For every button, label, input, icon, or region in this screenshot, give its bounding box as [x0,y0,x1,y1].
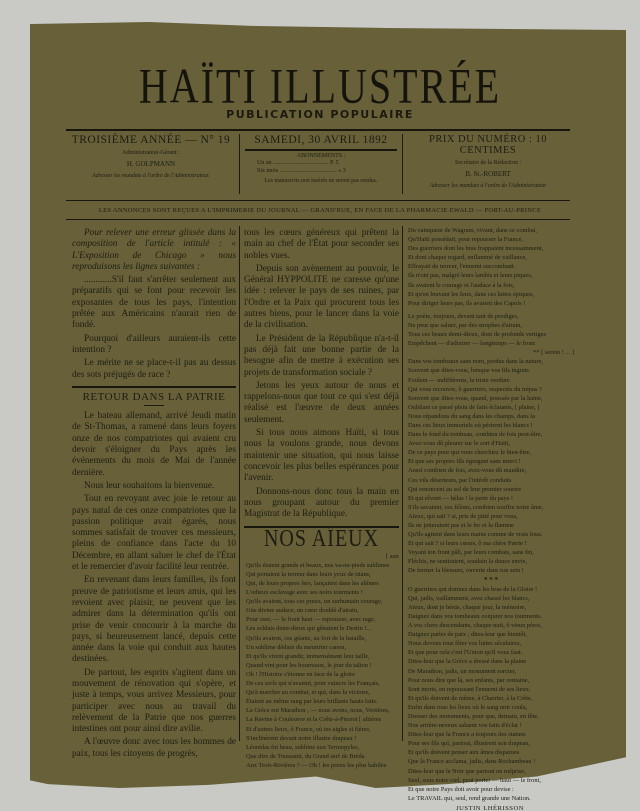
poem-line: * * * [406,576,574,585]
article-paragraph: Nous leur souhaitons la bienvenue. [72,481,236,492]
poem-line: Empêchent — d'admirer — longtemps — le f… [406,339,574,348]
poem-line: Fléchis, ne sentiraient, soudain la douc… [406,557,574,566]
poem-line: Qu'ils avaient, tous ces preux, un surhu… [244,597,399,606]
poem-line: Oh ! l'Histoire s'étonne en face de la g… [244,670,399,679]
poem-line: [ aux [244,552,399,561]
poem-line: Et qu'ils virent grandir, immensément le… [244,652,399,661]
secretary-name: B. St.-ROBERT [404,170,572,178]
poem-line: Et dont chaque regard, enflammé de vaill… [406,253,574,262]
poem-line: Le poète, toujours, devant tant de prodi… [406,312,574,321]
manager-note: Adresser les mandats à l'ordre de l'Admi… [62,173,240,179]
erratum-paragraph: Le mérite ne se place-t-il pas au dessus… [72,358,236,381]
newspaper-title: HAÏTI ILLUSTRÉE [0,56,640,115]
poem-line: Nos arrière-neveux saluent vos faits d'é… [406,721,574,730]
poem-line: Nous répandons du sang dans les champs, … [406,412,574,421]
subscription-rates: Un an ..................................… [241,159,401,175]
poem-title: NOS AÏEUX [244,533,399,547]
poem-line: Qu'à marcher au combat, et qui, dans la … [244,688,399,697]
header-left: TROISIÈME ANNÉE — N° 19 Administrateur-G… [62,134,240,194]
poem-line: Quand vint pour les bourreaux, le jour d… [244,661,399,670]
poem-line: Que la France acclama, jadis, dans Rocha… [406,757,574,766]
poem-line: Ne peut que saluer, par des strophes d'a… [406,321,574,330]
poem-line: Qu'Haïti possédait, pour repousser la Fr… [406,235,574,244]
poem-line: Léonidas fut beau, sublime aux Termopyle… [244,743,399,752]
poem-line: Dans vos tombeaux sans nom, perdus dans … [406,357,574,366]
poem-line: O guerriers qui dormez dans les bras de … [406,585,574,594]
header-rule [66,200,570,201]
poem-line: Daignez dans vos tombeaux conjurer nos t… [406,612,574,621]
advertising-notice: LES ANNONCES SONT REÇUES A L'IMPRIMERIE … [70,207,570,214]
article-paragraph: Le Président de la République n'a-t-il p… [244,334,399,379]
article-paragraph: Depuis son avènement au pouvoir, le Géné… [244,264,399,332]
poem-line: Ces vils déserteurs, par l'intérêt condu… [406,476,574,485]
header-divider [239,134,240,194]
column-2: tous les cœurs généreux qui prêtent la m… [244,228,399,770]
header-center: SAMEDI, 30 AVRIL 1892 ABONNEMENTS : Un a… [241,134,401,194]
poem-line: De fermer la blessure, ouverte dans ton … [406,566,574,575]
poem-line: Et qu'en bravant les feux, dans ces lutt… [406,290,574,299]
poem-line: La Ravine à Couleuvre et la Crête-à-Pier… [244,715,399,724]
poem-line: Étaient au même rang par leurs brillants… [244,697,399,706]
masthead-rule [66,129,570,131]
poem-line: Dites-leur que la Grèce a dressé dans la… [406,657,574,666]
poem-line: Seul, sous notre ciel, peut porter — hau… [406,776,574,785]
poem-line: Aïeux, dont je bénis, chaque jour, la mé… [406,603,574,612]
poem-line: Dans le fond du tombeau, combien de fois… [406,430,574,439]
header-divider [402,134,403,194]
column-divider [402,226,403,741]
poem-line: Qui portaient la terreur dans leurs yeux… [244,570,399,579]
poem-line: Qui renoncent au sol de leur premier sou… [406,485,574,494]
poem-line: ** [ serein ! ... ] [406,348,574,357]
article-title: RETOUR DANS LA PATRIE [72,392,236,403]
poem-line: Souvent que dites-vous, quand, poussés p… [406,394,574,403]
poem-line: Pour diriger leurs pas, ils avaient des … [406,299,574,308]
rate-row: Un an ..................................… [257,159,401,167]
poem-line: Que dire de Toussaint, du Grand serf de … [244,752,399,761]
poem-line: Souvent que dites-vous, lorsque vos fils… [406,366,574,375]
manager-role: Administrateur-Gérant : [62,150,240,156]
poem-line: Dites-leur que le Noir que partout on mé… [406,767,574,776]
erratum-paragraph: ............S'il faut s'arrêter seulemen… [72,275,236,331]
poem-line: Avez-vous dû pleurer sur le sort d'Haïti… [406,439,574,448]
poem-line: Et qui rêvent — hélas ! la perte du pays… [406,494,574,503]
poem-line: Nous devons tous fêter vos luttes sécula… [406,639,574,648]
poem-line: Tous ces beaux demi-dieux, dont de profo… [406,330,574,339]
column-1: Pour relever une erreur glissée dans la … [72,228,236,762]
poem-line: De ces serfs qui n'avaient, pour vaincre… [244,679,399,688]
poem-signature: JUSTIN LHÉRISSON [406,803,574,811]
poem-line: Et qu'ils doivent penser aux âmes dispar… [406,748,574,757]
poem-line: Ils ne jetteraient pas et le fer et la f… [406,521,574,530]
header-right: PRIX DU NUMÉRO : 10 CENTIMES Secrétaire … [404,134,572,194]
poem-line: Dites-leur que la France a toujours des … [406,730,574,739]
poem-line: Des guerriers dont les bras frappaient i… [406,244,574,253]
article-paragraph: Donnons-nous donc tous la main en nous g… [244,487,399,521]
erratum-intro: Pour relever une erreur glissée dans la … [72,228,236,273]
poem-line: Le TRAVAIL qui, seul, rend grande une Na… [406,794,574,803]
poem-line: S'inclinèrent devant notre illustre drap… [244,734,399,743]
poem-line: Dans ces lieux immortels où périrent les… [406,421,574,430]
poem-line: Daignez parler de paix ; dites-leur que … [406,630,574,639]
poem-line: L'odieux esclavage avec ses noirs tourme… [244,588,399,597]
poem-line: De ce pays pour qui vous cherchiez le bi… [406,448,574,457]
poem-line: S'ils savaient, ces félons, combien souf… [406,503,574,512]
article-paragraph: En revenant dans leurs familles, ils fon… [72,575,236,665]
poem-line: Et que pour cela c'est l'Union qu'il vou… [406,648,574,657]
poem-line: La Grèce eut Marathon ; — nous avons, no… [244,706,399,715]
poem-line: Ils n'ont pas, malgré leurs lambis et le… [406,271,574,280]
poem-part-1: [ auxQu'ils étaient grands et beaux, nos… [244,552,399,770]
erratum-paragraph: Pourquoi d'ailleurs auraient-ils cette i… [72,334,236,357]
manager-name: H. GOLPMANN [62,160,240,168]
date-rule [245,149,397,151]
poem-line: Aïeux, qui sait ? si, pris de pitié pour… [406,512,574,521]
poem-line: Sont morts, en repoussant l'ennemi de se… [406,685,574,694]
article-paragraph: Jetons les yeux autour de nous et rappel… [244,381,399,426]
article-paragraph: De partout, les esprits s'agitent dans u… [72,668,236,736]
poem-line: Et qu'ils doivent de même, à Charrier, à… [406,694,574,703]
poem-line: Qu'ils agitent dans leurs mains comme de… [406,530,574,539]
poem-line: Voyant ton front pâli, par leurs combats… [406,548,574,557]
issue-price: PRIX DU NUMÉRO : 10 CENTIMES [404,134,572,156]
poem-line: Ils avaient le courage et l'audace à la … [406,281,574,290]
poem-line: Et d'autres lieux, ô France, où tes aigl… [244,725,399,734]
poem-part-2: Du vainqueur de Wagram, vivant, dans ce … [406,226,574,803]
article-paragraph: Le bateau allemand, arrivé Jeudi matin d… [72,411,236,479]
column-divider [239,226,240,741]
edition-label: TROISIÈME ANNÉE — N° 19 [62,134,240,146]
article-paragraph: tous les cœurs généreux qui prêtent la m… [244,228,399,262]
manuscripts-note: Les manuscrits non insérés ne seront pas… [241,178,401,184]
poem-line: Enfin dans tous les lieux où le sang noi… [406,703,574,712]
poem-line: Du vainqueur de Wagram, vivant, dans ce … [406,226,574,235]
header-rule-bottom [66,219,570,220]
poem-line: Qui, jadis, vaillamment, avez chassé les… [406,594,574,603]
secretary-role: Secrétaire de la Rédaction : [404,160,572,166]
poem-line: Effrayait de terreur, l'ennemi succomban… [406,262,574,271]
poem-line: Qu'ils étaient grands et beaux, nos va-n… [244,561,399,570]
section-rule [72,386,236,388]
poem-line: Aussi combien de fois, avez-vous dû maud… [406,466,574,475]
poem-line: Une divine audace, un cœur doublé d'aira… [244,606,399,615]
newspaper-subtitle: PUBLICATION POPULAIRE [0,108,640,121]
column-3: Du vainqueur de Wagram, vivant, dans ce … [406,226,574,811]
poem-line: Un sublime dédain du meurtrier canon, [244,643,399,652]
poem-line: Dresser des monuments, pour que, demain,… [406,712,574,721]
article-paragraph: A l'œuvre donc avec tous les hommes de p… [72,737,236,760]
poem-line: Et que notre Pays doit avoir pour devise… [406,785,574,794]
poem-line: Pour nous dire que là, ses enfants, par … [406,676,574,685]
poem-line: Et que ses propres fils égorgent sans me… [406,457,574,466]
poem-line: Qu'ils avaient, ces géants, au fort de l… [244,634,399,643]
poem-line: Pour oser, — le front haut — repousser, … [244,615,399,624]
rate-row: Six mois ...............................… [257,167,401,175]
article-paragraph: Tout en revoyant avec joie le retour au … [72,494,236,573]
poem-line: Oubliant ce passé plein de faits éclatan… [406,403,574,412]
poem-line: Foulent — indifférents, la triste verdur… [406,376,574,385]
poem-line: Qui vous recouvre, ô guerriers, respecté… [406,385,574,394]
poem-line: Et qui sait ? si leurs cœurs, ô ma chère… [406,539,574,548]
poem-line: Les soldats demi-dieux qui gênaient le D… [244,624,399,633]
poem-line: A vos chers descendants, chaque nuit, ô … [406,621,574,630]
secretary-note: Adresser les mandats à l'ordre de l'Admi… [404,183,572,189]
poem-line: De Marathon, jadis, un monument sorcier, [406,667,574,676]
issue-date: SAMEDI, 30 AVRIL 1892 [241,134,401,146]
poem-line: Pour ses fils qui, partout, illustrent s… [406,739,574,748]
poem-line: Aux Trois-Rivières ? — Oh ! les preux le… [244,761,399,770]
article-paragraph: Si tous nous aimons Haïti, si tous nous … [244,428,399,484]
title-dash [144,405,164,406]
poem-line: Qui, de leurs propres fers, lançaient da… [244,579,399,588]
